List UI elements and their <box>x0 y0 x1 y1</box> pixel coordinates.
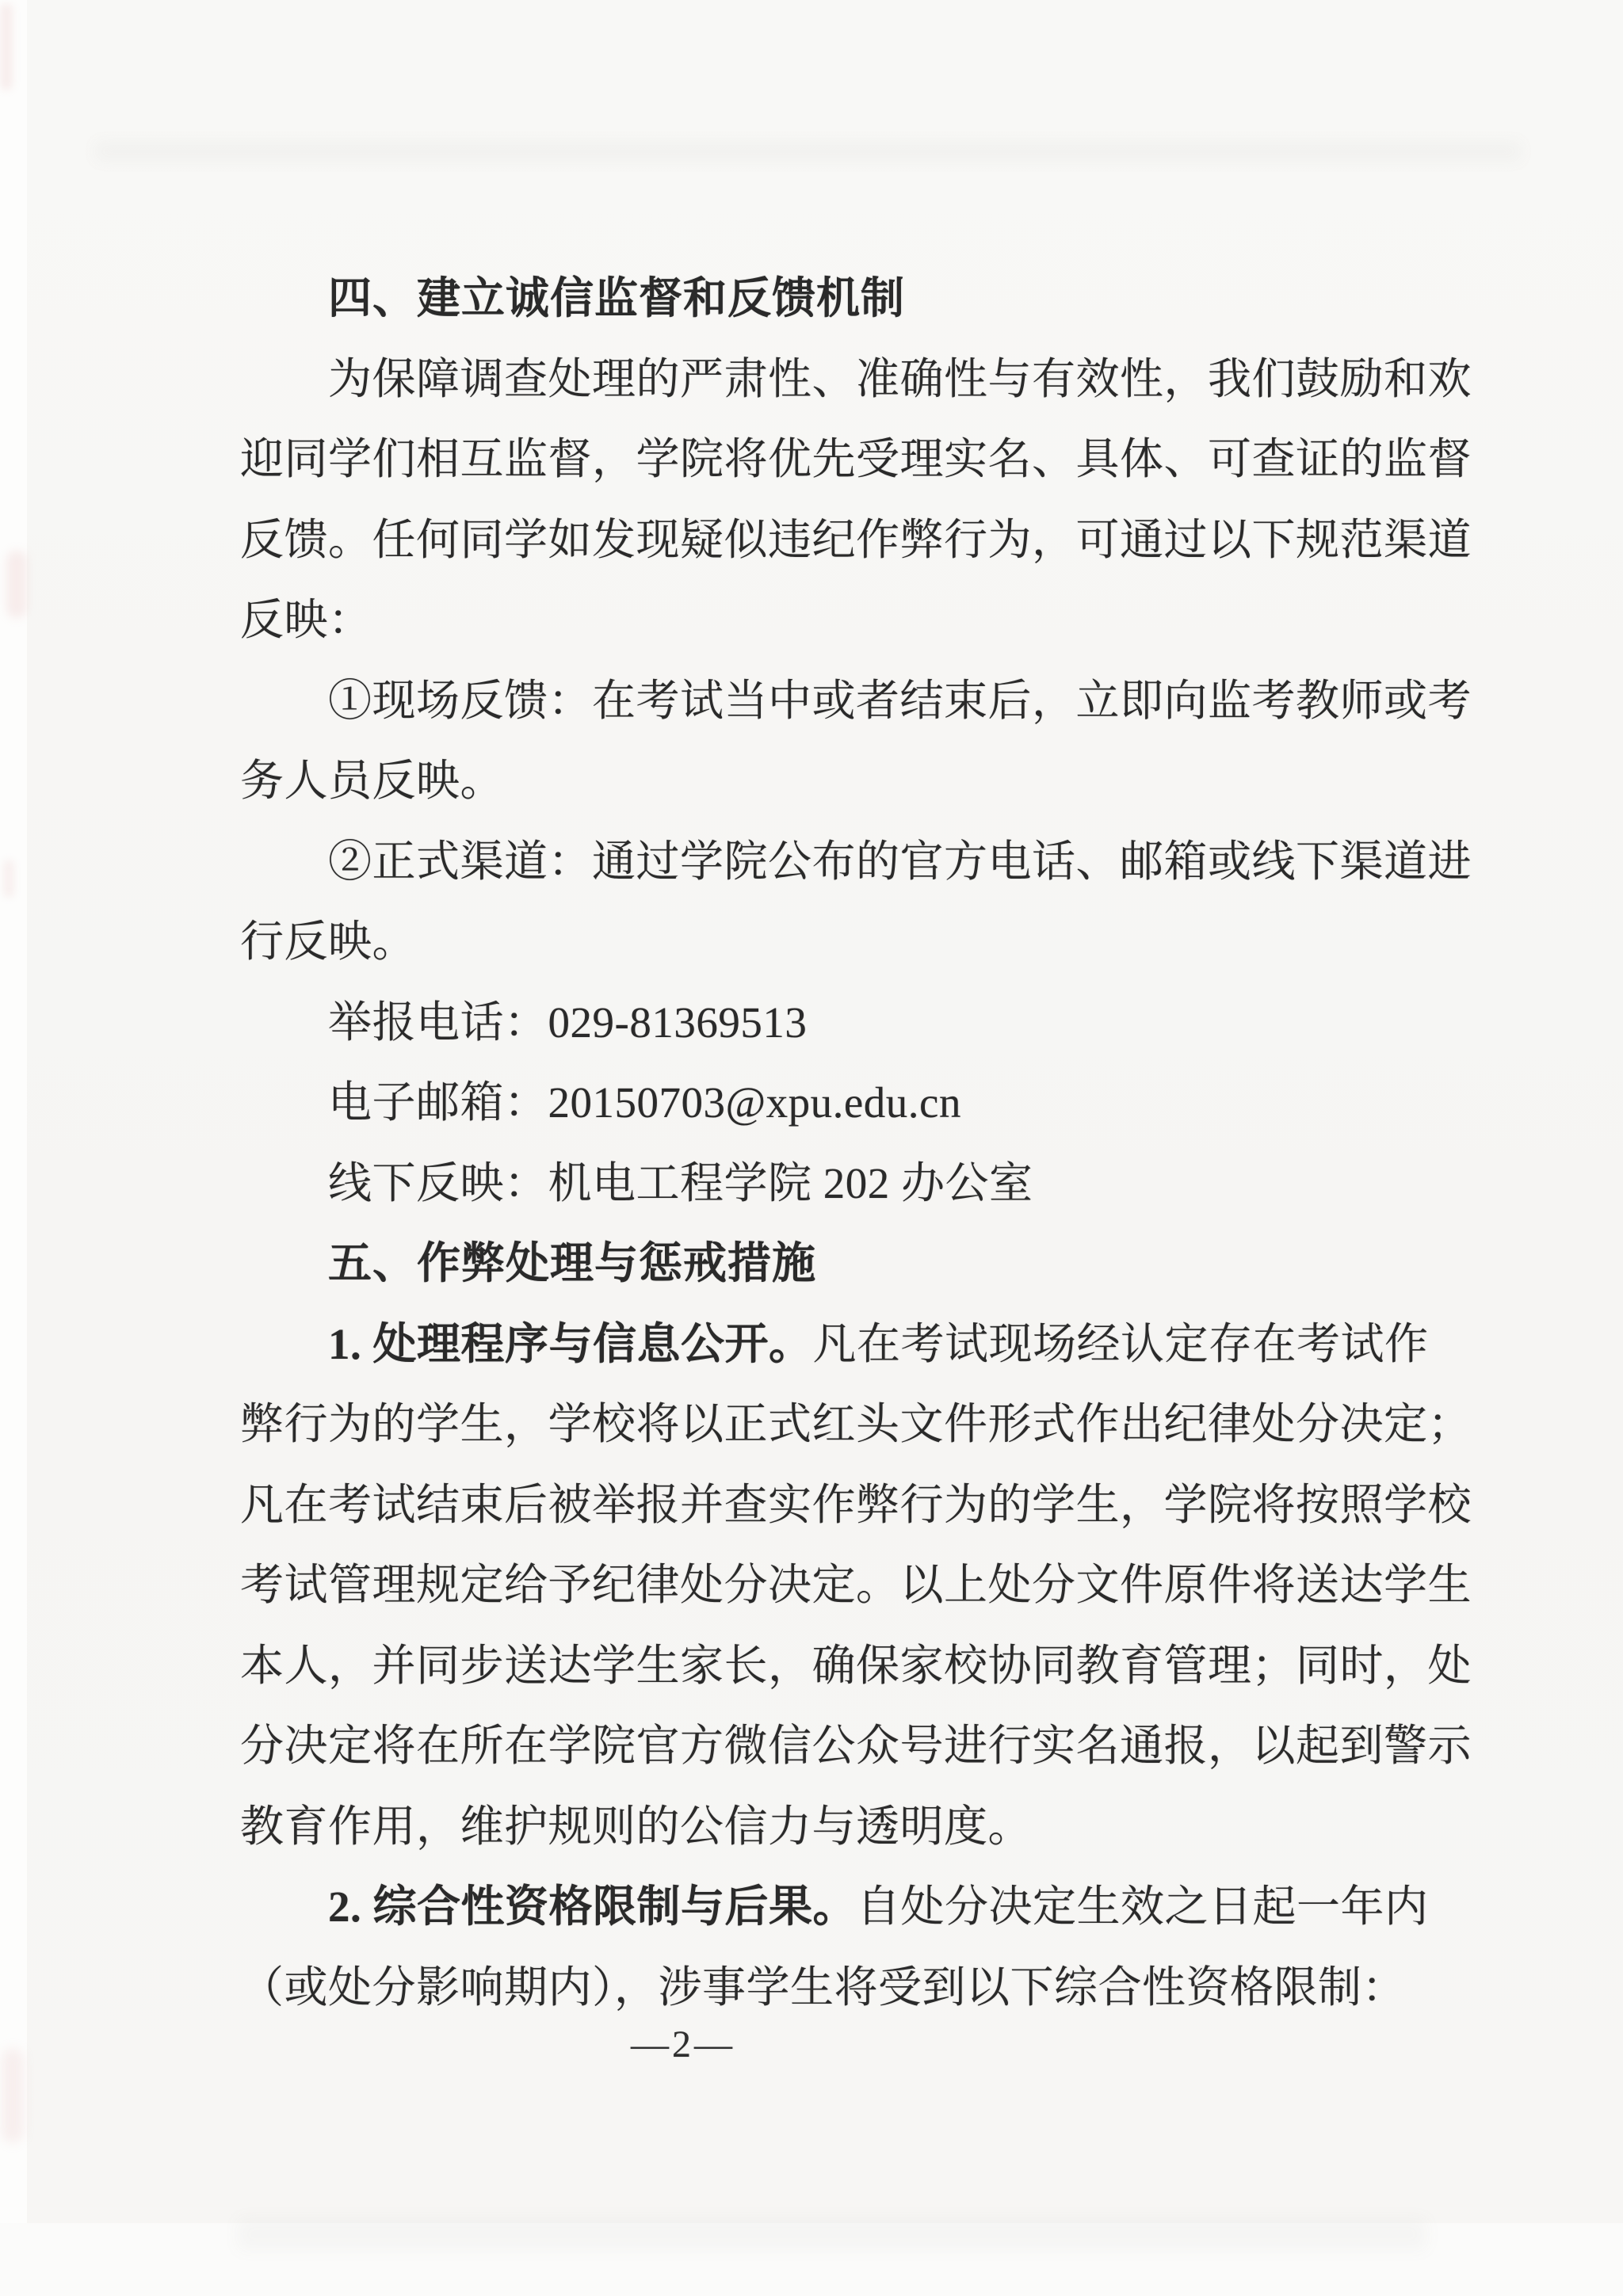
section-heading-5: 五、作弊处理与惩戒措施 <box>240 1223 1481 1304</box>
paragraph-line: 行反映。 <box>240 902 1481 982</box>
report-email-line: 电子邮箱：20150703@xpu.edu.cn <box>240 1062 1481 1143</box>
clause-1-line: 1. 处理程序与信息公开。凡在考试现场经认定存在考试作 <box>240 1304 1481 1385</box>
channel-2-formal-line: ②正式渠道：通过学院公布的官方电话、邮箱或线下渠道进 <box>240 822 1481 902</box>
section-heading-4: 四、建立诚信监督和反馈机制 <box>240 258 1481 339</box>
paragraph-line: 凡在考试结束后被举报并查实作弊行为的学生，学院将按照学校 <box>240 1465 1481 1546</box>
page-number: —2— <box>604 2020 762 2069</box>
report-phone-line: 举报电话：029-81369513 <box>240 982 1481 1063</box>
scanned-document-page: { "theme": { "paper_color": "#f6f5f3", "… <box>0 0 1623 2296</box>
paragraph-line: 务人员反映。 <box>240 741 1481 822</box>
clause-1-title: 1. 处理程序与信息公开。 <box>328 1320 813 1368</box>
offline-contact-line: 线下反映：机电工程学院 202 办公室 <box>240 1143 1481 1224</box>
document-body: 四、建立诚信监督和反馈机制 为保障调查处理的严肃性、准确性与有效性，我们鼓励和欢… <box>240 258 1481 2027</box>
section-heading-4-text: 四、建立诚信监督和反馈机制 <box>328 273 905 322</box>
paragraph-line: 分决定将在所在学院官方微信公众号进行实名通报，以起到警示 <box>240 1706 1481 1787</box>
clause-2-title: 2. 综合性资格限制与后果。 <box>328 1882 857 1931</box>
paragraph-line: 教育作用，维护规则的公信力与透明度。 <box>240 1787 1481 1867</box>
paragraph-line: 反馈。任何同学如发现疑似违纪作弊行为，可通过以下规范渠道 <box>240 500 1481 581</box>
paragraph-line: 考试管理规定给予纪律处分决定。以上处分文件原件将送达学生 <box>240 1545 1481 1626</box>
paragraph-line: 弊行为的学生，学校将以正式红头文件形式作出纪律处分决定； <box>240 1384 1481 1465</box>
clause-2-line: 2. 综合性资格限制与后果。自处分决定生效之日起一年内 <box>240 1867 1481 1947</box>
channel-1-onsite-line: ①现场反馈：在考试当中或者结束后，立即向监考教师或考 <box>240 661 1481 742</box>
paragraph-line: 反映： <box>240 580 1481 661</box>
paragraph-line: 本人，并同步送达学生家长，确保家校协同教育管理；同时，处 <box>240 1626 1481 1707</box>
paragraph-line: （或处分影响期内），涉事学生将受到以下综合性资格限制： <box>240 1947 1481 2028</box>
section-heading-5-text: 五、作弊处理与惩戒措施 <box>328 1238 816 1287</box>
scan-bottom-border <box>0 2223 1623 2296</box>
paragraph-line: 为保障调查处理的严肃性、准确性与有效性，我们鼓励和欢 <box>240 339 1481 420</box>
scan-artifact-noise-band-top <box>95 141 1522 162</box>
scan-left-border <box>0 0 27 2296</box>
paragraph-line: 迎同学们相互监督，学院将优先受理实名、具体、可查证的监督 <box>240 419 1481 500</box>
